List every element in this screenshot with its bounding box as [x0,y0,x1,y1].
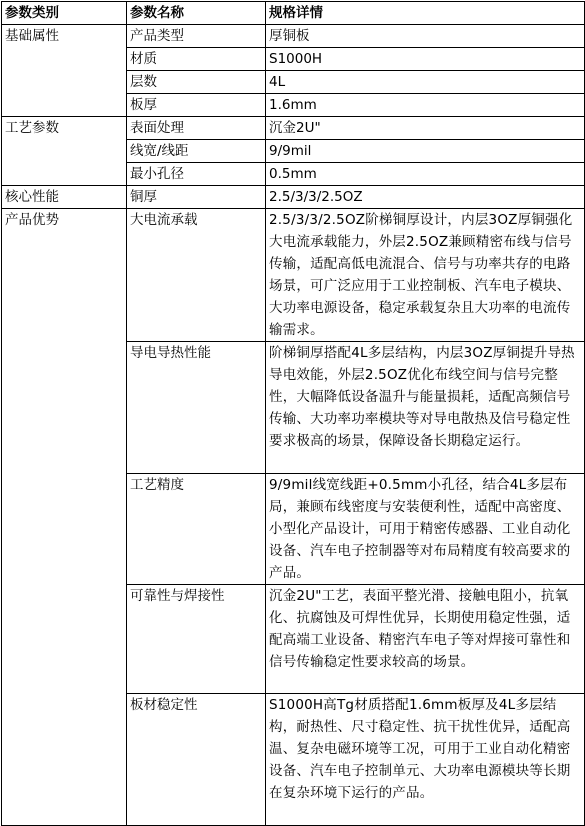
param-name-cell: 最小孔径 [127,163,266,186]
param-value-cell: S1000H [266,48,585,71]
param-value-cell: 0.5mm [266,163,585,186]
param-value-cell: 2.5/3/3/2.5OZ阶梯铜厚设计，内层3OZ厚铜强化大电流承载能力，外层2… [266,209,585,342]
header-row: 参数类别 参数名称 规格详情 [2,2,585,25]
param-name-cell: 板材稳定性 [127,694,266,825]
header-spec-detail: 规格详情 [266,2,585,25]
param-value-cell: 厚铜板 [266,25,585,48]
table-row: 产品优势 大电流承载 2.5/3/3/2.5OZ阶梯铜厚设计，内层3OZ厚铜强化… [2,209,585,342]
category-cell: 基础属性 [2,25,127,117]
category-cell: 工艺参数 [2,117,127,186]
category-cell: 产品优势 [2,209,127,825]
param-name-cell: 层数 [127,71,266,94]
param-value-cell: 9/9mil线宽线距+0.5mm小孔径，结合4L多层布局，兼顾布线密度与安装便利… [266,474,585,585]
table-row: 核心性能 铜厚 2.5/3/3/2.5OZ [2,186,585,209]
param-value-cell: S1000H高Tg材质搭配1.6mm板厚及4L多层结构，耐热性、尺寸稳定性、抗干… [266,694,585,825]
param-name-cell: 可靠性与焊接性 [127,585,266,694]
param-name-cell: 产品类型 [127,25,266,48]
header-category: 参数类别 [2,2,127,25]
param-value-cell: 阶梯铜厚搭配4L多层结构，内层3OZ厚铜提升导热导电效能，外层2.5OZ优化布线… [266,342,585,474]
param-name-cell: 线宽/线距 [127,140,266,163]
category-cell: 核心性能 [2,186,127,209]
param-name-cell: 铜厚 [127,186,266,209]
param-value-cell: 9/9mil [266,140,585,163]
param-name-cell: 导电导热性能 [127,342,266,474]
param-name-cell: 大电流承载 [127,209,266,342]
param-value-cell: 1.6mm [266,94,585,117]
param-value-cell: 沉金2U"工艺，表面平整光滑、接触电阻小，抗氧化、抗腐蚀及可焊性优异，长期使用稳… [266,585,585,694]
param-name-cell: 板厚 [127,94,266,117]
param-value-cell: 2.5/3/3/2.5OZ [266,186,585,209]
param-value-cell: 4L [266,71,585,94]
param-name-cell: 表面处理 [127,117,266,140]
table-row: 基础属性 产品类型 厚铜板 [2,25,585,48]
param-name-cell: 工艺精度 [127,474,266,585]
param-value-cell: 沉金2U" [266,117,585,140]
spec-table: 参数类别 参数名称 规格详情 基础属性 产品类型 厚铜板 材质 S1000H 层… [1,1,585,824]
header-param-name: 参数名称 [127,2,266,25]
param-name-cell: 材质 [127,48,266,71]
table-row: 工艺参数 表面处理 沉金2U" [2,117,585,140]
